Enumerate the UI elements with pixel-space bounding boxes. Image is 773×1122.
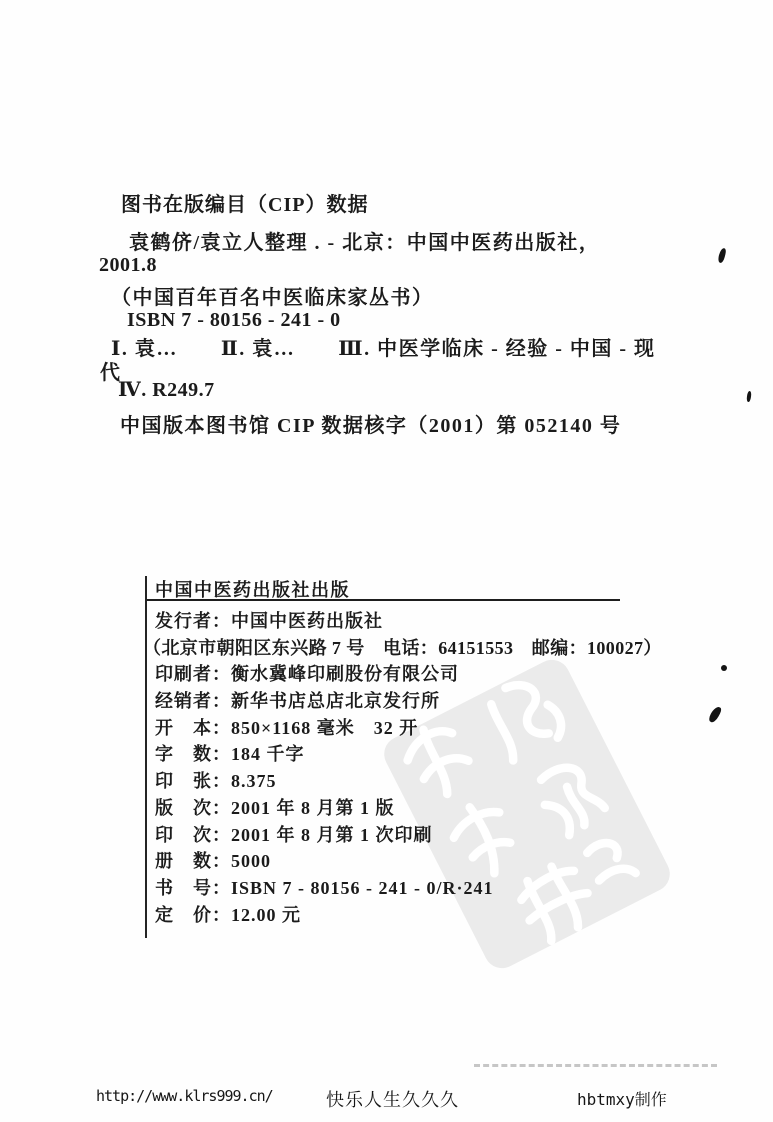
cip-classification-code: Ⅳ. R249.7 xyxy=(118,377,215,402)
cip-classification-line: Ⅰ. 袁… Ⅱ. 袁… Ⅲ. 中医学临床 - 经验 - 中国 - 现 xyxy=(111,332,656,361)
cip-line: 2001.8 xyxy=(99,254,157,277)
cip-line: （中国百年百名中医临床家丛书） xyxy=(111,281,434,310)
colophon-row: 发行者：中国中医药出版社 xyxy=(155,608,660,635)
cip-isbn-line: ISBN 7 - 80156 - 241 - 0 xyxy=(127,309,341,332)
cip-title: 图书在版编目（CIP）数据 xyxy=(121,188,368,217)
scanned-book-copyright-page: 图书在版编目（CIP）数据 袁鹤侪/袁立人整理 . - 北京：中国中医药出版社，… xyxy=(0,0,773,1122)
colophon-rows: 发行者：中国中医药出版社 （北京市朝阳区东兴路 7 号 电话：64151553 … xyxy=(155,608,660,928)
ink-speck xyxy=(746,391,751,402)
scan-artifact-dashed-line xyxy=(474,1064,717,1067)
colophon-left-rule xyxy=(145,576,147,938)
colophon-row-book-number: 书 号：ISBN 7 - 80156 - 241 - 0/R·241 xyxy=(155,875,660,902)
colophon-row: 版 次：2001 年 8 月第 1 版 xyxy=(155,795,660,822)
divider-rule xyxy=(147,599,620,601)
footer-credit: hbtmxy制作 xyxy=(577,1087,667,1110)
colophon-row: 印 次：2001 年 8 月第 1 次印刷 xyxy=(155,822,660,849)
footer-slogan: 快乐人生久久久 xyxy=(326,1086,459,1112)
ink-speck xyxy=(721,665,727,671)
colophon-row-price: 定 价：12.00 元 xyxy=(155,902,660,929)
colophon-row: 开 本：850×1168 毫米 32 开 xyxy=(155,715,660,742)
colophon-row: 印 张：8.375 xyxy=(155,768,660,795)
colophon-row: 印刷者：衡水冀峰印刷股份有限公司 xyxy=(155,661,660,688)
footer-url: http://www.klrs999.cn/ xyxy=(96,1087,273,1105)
colophon-row: 字 数：184 千字 xyxy=(155,741,660,768)
cip-line: 袁鹤侪/袁立人整理 . - 北京：中国中医药出版社， xyxy=(129,226,600,255)
colophon-row: 经销者：新华书店总店北京发行所 xyxy=(155,688,660,715)
colophon-block: 中国中医药出版社出版 发行者：中国中医药出版社 （北京市朝阳区东兴路 7 号 电… xyxy=(155,576,660,602)
cip-record-number-line: 中国版本图书馆 CIP 数据核字（2001）第 052140 号 xyxy=(120,409,621,438)
colophon-row-address: （北京市朝阳区东兴路 7 号 电话：64151553 邮编：100027） xyxy=(143,635,660,662)
ink-speck xyxy=(717,247,726,263)
colophon-row: 册 数：5000 xyxy=(155,848,660,875)
